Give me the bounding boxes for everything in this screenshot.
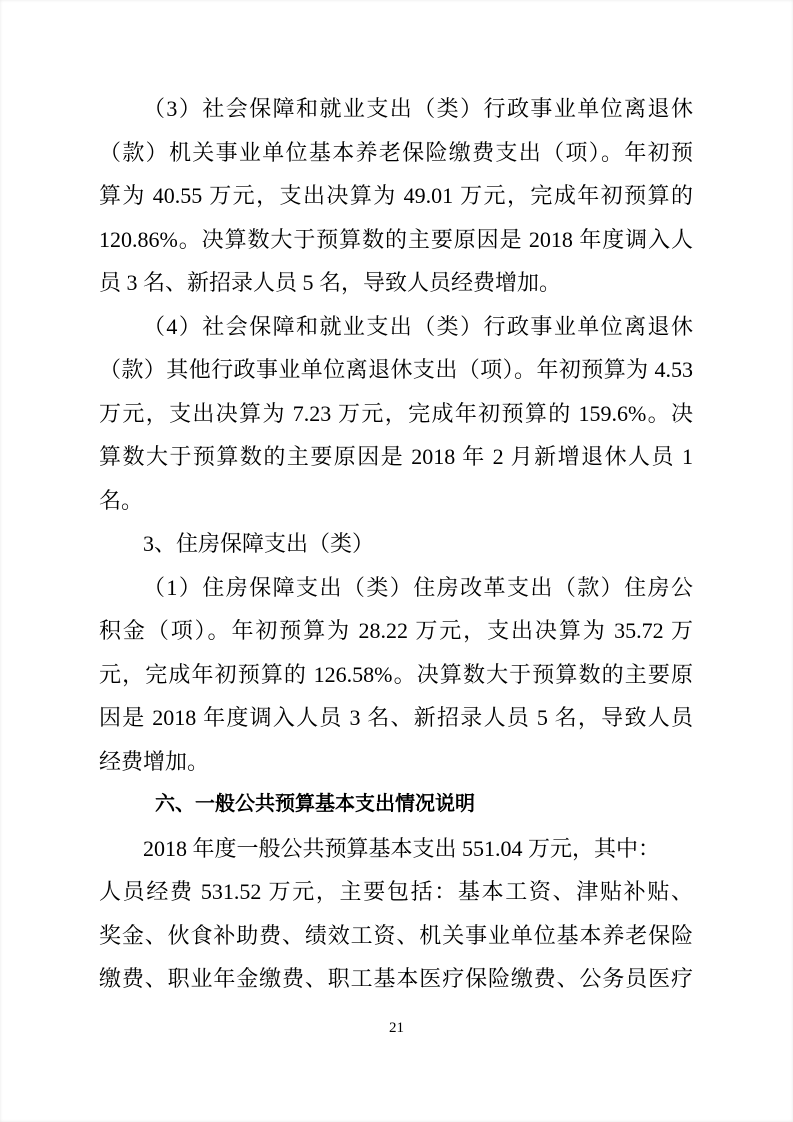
text-line: 120.86%。决算数大于预算数的主要原因是 2018 年度调入人 — [99, 218, 693, 262]
text-line: 算为 40.55 万元，支出决算为 49.01 万元，完成年初预算的 — [99, 174, 693, 218]
text-line: 人员经费 531.52 万元，主要包括：基本工资、津贴补贴、 — [99, 870, 693, 914]
para-item-1-housing-fund: （1）住房保障支出（类）住房改革支出（款）住房公积金（项）。年初预算为 28.2… — [99, 566, 693, 784]
para-basic-expenditure-detail: 2018 年度一般公共预算基本支出 551.04 万元，其中：人员经费 531.… — [99, 827, 693, 1001]
para-item-3-pension-contribution: （3）社会保障和就业支出（类）行政事业单位离退休（款）机关事业单位基本养老保险缴… — [99, 87, 693, 305]
text-line: 元，完成年初预算的 126.58%。决算数大于预算数的主要原 — [99, 653, 693, 697]
page-number: 21 — [0, 1018, 793, 1038]
text-line: 六、一般公共预算基本支出情况说明 — [99, 783, 693, 827]
para-housing-security-subheading: 3、住房保障支出（类） — [99, 522, 693, 566]
text-line: （款）其他行政事业单位离退休支出（项）。年初预算为 4.53 — [99, 348, 693, 392]
text-line: 2018 年度一般公共预算基本支出 551.04 万元，其中： — [99, 827, 693, 871]
text-line: 奖金、伙食补助费、绩效工资、机关事业单位基本养老保险 — [99, 914, 693, 958]
document-body: （3）社会保障和就业支出（类）行政事业单位离退休（款）机关事业单位基本养老保险缴… — [99, 87, 693, 1001]
text-line: （4）社会保障和就业支出（类）行政事业单位离退休 — [99, 305, 693, 349]
text-line: 积金（项）。年初预算为 28.22 万元，支出决算为 35.72 万 — [99, 609, 693, 653]
text-line: 员 3 名、新招录人员 5 名，导致人员经费增加。 — [99, 261, 693, 305]
text-line: （1）住房保障支出（类）住房改革支出（款）住房公 — [99, 566, 693, 610]
text-line: 名。 — [99, 479, 693, 523]
text-line: 算数大于预算数的主要原因是 2018 年 2 月新增退休人员 1 — [99, 435, 693, 479]
text-line: 缴费、职业年金缴费、职工基本医疗保险缴费、公务员医疗 — [99, 957, 693, 1001]
heading-section-6-basic-expenditure: 六、一般公共预算基本支出情况说明 — [99, 783, 693, 827]
text-line: 3、住房保障支出（类） — [99, 522, 693, 566]
text-line: 因是 2018 年度调入人员 3 名、新招录人员 5 名，导致人员 — [99, 696, 693, 740]
document-page: （3）社会保障和就业支出（类）行政事业单位离退休（款）机关事业单位基本养老保险缴… — [0, 0, 793, 1122]
text-line: 万元，支出决算为 7.23 万元，完成年初预算的 159.6%。决 — [99, 392, 693, 436]
text-line: 经费增加。 — [99, 740, 693, 784]
text-line: （3）社会保障和就业支出（类）行政事业单位离退休 — [99, 87, 693, 131]
para-item-4-other-retirement: （4）社会保障和就业支出（类）行政事业单位离退休（款）其他行政事业单位离退休支出… — [99, 305, 693, 523]
text-line: （款）机关事业单位基本养老保险缴费支出（项）。年初预 — [99, 131, 693, 175]
